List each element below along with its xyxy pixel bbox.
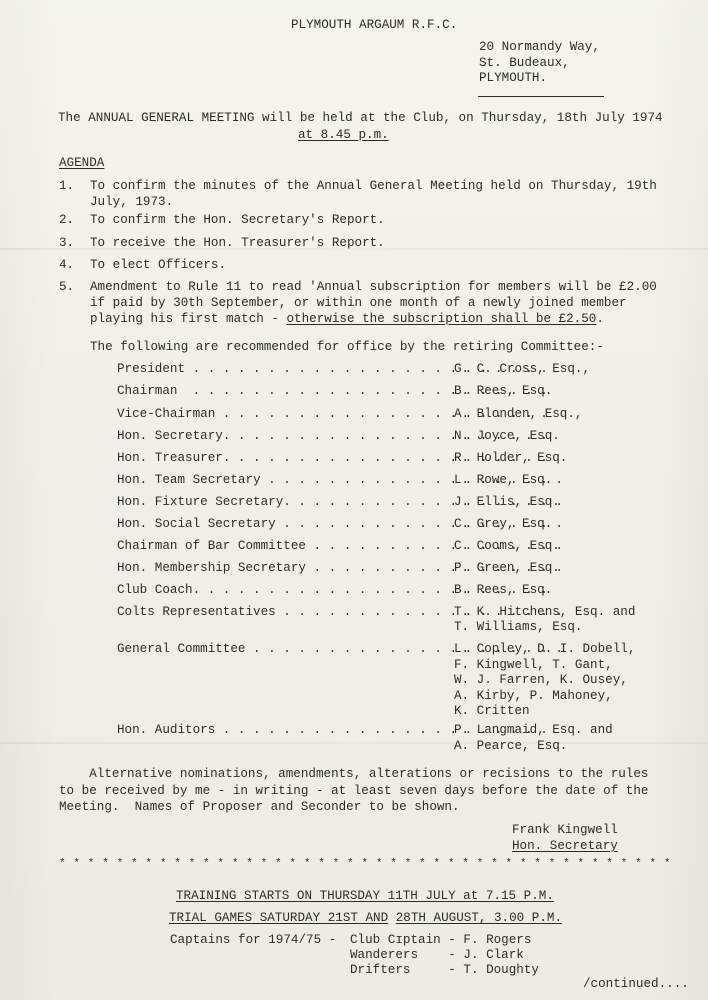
nominee: B. Rees, Esq.: [454, 385, 552, 398]
continued-marker: /continued....: [583, 978, 689, 991]
captain-name: J. Clark: [463, 948, 523, 962]
office-name: President: [117, 362, 185, 376]
meeting-time: at 8.45 p.m.: [298, 129, 389, 142]
agenda-item-number: 2.: [59, 214, 74, 227]
subscription-underlined: otherwise the subscription shall be £2.5…: [287, 312, 597, 326]
team-name: Drifters: [350, 963, 441, 977]
nominee: N. Joyce, Esq.: [454, 430, 560, 443]
agenda-item-text: To confirm the minutes of the Annual Gen…: [90, 180, 657, 193]
nominee: A. Pearce, Esq.: [454, 740, 567, 753]
notice-line: Meeting. Names of Proposer and Seconder …: [59, 801, 460, 814]
office-name: Hon. Social Secretary: [117, 517, 276, 531]
office-name: Hon. Fixture Secretary: [117, 495, 283, 509]
office-name: Chairman of Bar Committee: [117, 539, 306, 553]
fold-crease: [0, 742, 708, 744]
captain-row: Wanderers - J. Clark: [350, 949, 524, 962]
team-name: Wanderers: [350, 948, 441, 962]
separator-dash: -: [441, 933, 464, 947]
nominee: C. Cooms, Esq.: [454, 540, 560, 553]
address-rule: [478, 96, 604, 97]
office-name: Club Coach: [117, 583, 193, 597]
trial-games-time: 28TH AUGUST, 3.00 P.M.: [396, 911, 562, 925]
captains-intro: Captains for 1974/75 -: [170, 934, 344, 947]
agenda-item-number: 4.: [59, 259, 74, 272]
agenda-item-text: To confirm the Hon. Secretary's Report.: [90, 214, 385, 227]
separator-dash: -: [441, 963, 464, 977]
address-line: St. Budeaux,: [479, 57, 570, 70]
agenda-item-text: Amendment to Rule 11 to read 'Annual sub…: [90, 281, 657, 294]
agenda-item-number: 5.: [59, 281, 74, 294]
separator-dash: -: [441, 948, 464, 962]
signature-title: Hon. Secretary: [512, 840, 618, 853]
nominee: J. Ellis, Esq.: [454, 496, 560, 509]
agenda-item-number: 1.: [59, 180, 74, 193]
captain-name: F. Rogers: [463, 933, 531, 947]
office-name: Hon. Secretary: [117, 429, 223, 443]
notice-line: to be received by me - in writing - at l…: [59, 785, 648, 798]
agenda-item-text-start: playing his first match -: [90, 312, 287, 326]
agenda-item-text: if paid by 30th September, or within one…: [90, 297, 627, 310]
captain-row: Club Cɪptain - F. Rogers: [350, 934, 531, 947]
nominee: A. Kirby, P. Mahoney,: [454, 690, 613, 703]
meeting-announcement: The ANNUAL GENERAL MEETING will be held …: [58, 112, 663, 125]
nominee: T. Williams, Esq.: [454, 621, 582, 634]
nominee: C. Grey, Esq.: [454, 518, 552, 531]
captain-row: Drifters - T. Doughty: [350, 964, 539, 977]
signature-name: Frank Kingwell: [512, 824, 618, 837]
office-name: Hon. Treasurer: [117, 451, 223, 465]
nominee: L. Rowe, Esq.: [454, 474, 552, 487]
address-line: PLYMOUTH.: [479, 72, 547, 85]
agenda-item-number: 3.: [59, 237, 74, 250]
agenda-heading: AGENDA: [59, 157, 104, 170]
nominee: G. C. Cross, Esq.,: [454, 363, 590, 376]
address-line: 20 Normandy Way,: [479, 41, 600, 54]
training-notice: TRAINING STARTS ON THURSDAY 11TH JULY at…: [176, 890, 554, 903]
nominee: A. Blonden, Esq.,: [454, 408, 582, 421]
agenda-item-text: July, 1973.: [90, 196, 173, 209]
notice-line: Alternative nominations, amendments, alt…: [59, 768, 648, 781]
office-name: Colts Representatives: [117, 605, 276, 619]
agenda-item-text-end: .: [596, 312, 604, 326]
office-name: Chairman: [117, 384, 177, 398]
agenda-item-text: To elect Officers.: [90, 259, 226, 272]
office-name: Hon. Auditors: [117, 723, 215, 737]
nominee: R. Holder, Esq.: [454, 452, 567, 465]
club-name: PLYMOUTH ARGAUM R.F.C.: [291, 19, 457, 32]
nominee: P. Langmaid, Esq. and: [454, 724, 613, 737]
office-name: General Committee: [117, 642, 245, 656]
trial-games-dates: TRIAL GAMES SATURDAY 21ST AND: [169, 911, 388, 925]
captain-name: T. Doughty: [463, 963, 539, 977]
asterisk-separator: * * * * * * * * * * * * * * * * * * * * …: [59, 859, 671, 870]
nominee: K. Critten: [454, 705, 530, 718]
nominee: L. Copley, D. I. Dobell,: [454, 643, 635, 656]
agenda-item-text: To receive the Hon. Treasurer's Report.: [90, 237, 385, 250]
nominee: B. Rees, Esq.: [454, 584, 552, 597]
office-name: Hon. Membership Secretary: [117, 561, 306, 575]
office-name: Hon. Team Secretary: [117, 473, 261, 487]
recommendations-intro: The following are recommended for office…: [90, 341, 604, 354]
nominee: F. Kingwell, T. Gant,: [454, 659, 613, 672]
nominee: T. K. Hitchens, Esq. and: [454, 606, 635, 619]
office-name: Vice-Chairman: [117, 407, 215, 421]
nominee: P. Green, Esq.: [454, 562, 560, 575]
agenda-item-text: playing his first match - otherwise the …: [90, 313, 604, 326]
trial-games-notice: TRIAL GAMES SATURDAY 21ST AND 28TH AUGUS…: [169, 912, 562, 925]
team-name: Club Cɪptain: [350, 933, 441, 947]
nominee: W. J. Farren, K. Ousey,: [454, 674, 628, 687]
